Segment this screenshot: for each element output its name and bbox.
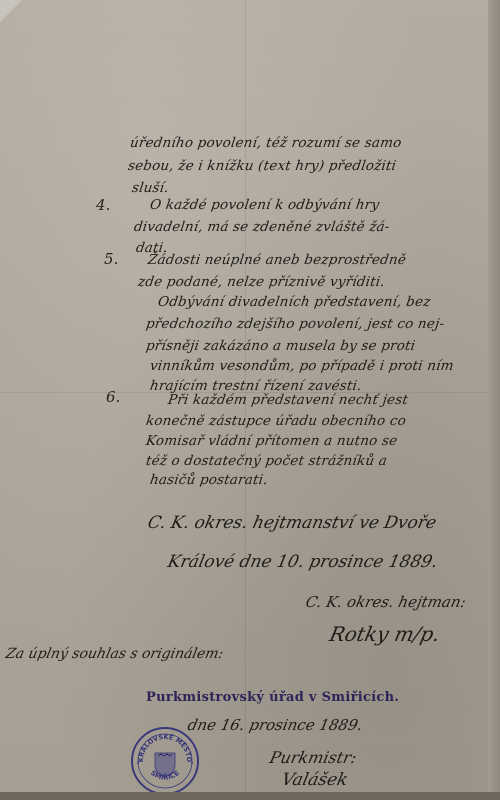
certification-date: dne 16. prosince 1889. (186, 716, 364, 734)
document-page: úředního povolení, též rozumí se samo se… (0, 0, 488, 792)
mayor-title: Purkmistr: (268, 748, 358, 767)
body-line: sebou, že i knížku (text hry) předložiti (127, 158, 397, 174)
body-line: konečně zástupce úřadu obecního co (145, 413, 407, 429)
torn-corner (0, 0, 22, 22)
body-line: Při každém představení nechť jest (167, 392, 409, 408)
body-line: přísněji zakázáno a musela by se proti (145, 338, 416, 354)
body-line: Odbývání divadelních představení, bez (157, 294, 432, 310)
body-line: předchozího zdejšího povolení, jest co n… (145, 316, 445, 332)
page-edge-bottom (0, 792, 500, 800)
body-line: též o dostatečný počet strážníků a (145, 453, 388, 469)
body-line: Žádosti neúplné aneb bezprostředně (147, 252, 407, 268)
body-line: Komisař vládní přítomen a nutno se (145, 433, 399, 449)
item-number-5: 5. (104, 250, 118, 268)
item-number-6: 6. (106, 388, 120, 406)
town-seal: KRÁLOVSKÉ MĚSTO SMIŘICE (131, 727, 199, 795)
mayor-signature: Valášek (280, 770, 350, 790)
page-edge-right (488, 0, 500, 800)
item-number-4: 4. (96, 196, 110, 214)
issue-place-date: Králové dne 10. prosince 1889. (166, 552, 440, 572)
body-line: úředního povolení, též rozumí se samo (129, 135, 403, 151)
seal-emblem-icon: KRÁLOVSKÉ MĚSTO SMIŘICE (133, 729, 197, 793)
signature: Rotky m/p. (327, 622, 442, 646)
body-line: O každé povolení k odbývání hry (149, 197, 380, 213)
body-line: zde podané, nelze příznivě vyříditi. (137, 274, 386, 290)
body-line: hasičů postarati. (149, 472, 269, 488)
certification-note: Za úplný souhlas s originálem: (4, 646, 225, 662)
body-line: vinníkům vesondům, po případě i proti ní… (149, 358, 455, 374)
issuing-authority: C. K. okres. hejtmanství ve Dvoře (146, 513, 438, 533)
body-line: sluší. (131, 180, 170, 196)
body-line: divadelní, má se zdeněné zvláště žá- (133, 219, 391, 235)
office-stamp: Purkmistrovský úřad v Smiřicích. (146, 690, 399, 705)
signer-title: C. K. okres. hejtman: (304, 593, 468, 611)
